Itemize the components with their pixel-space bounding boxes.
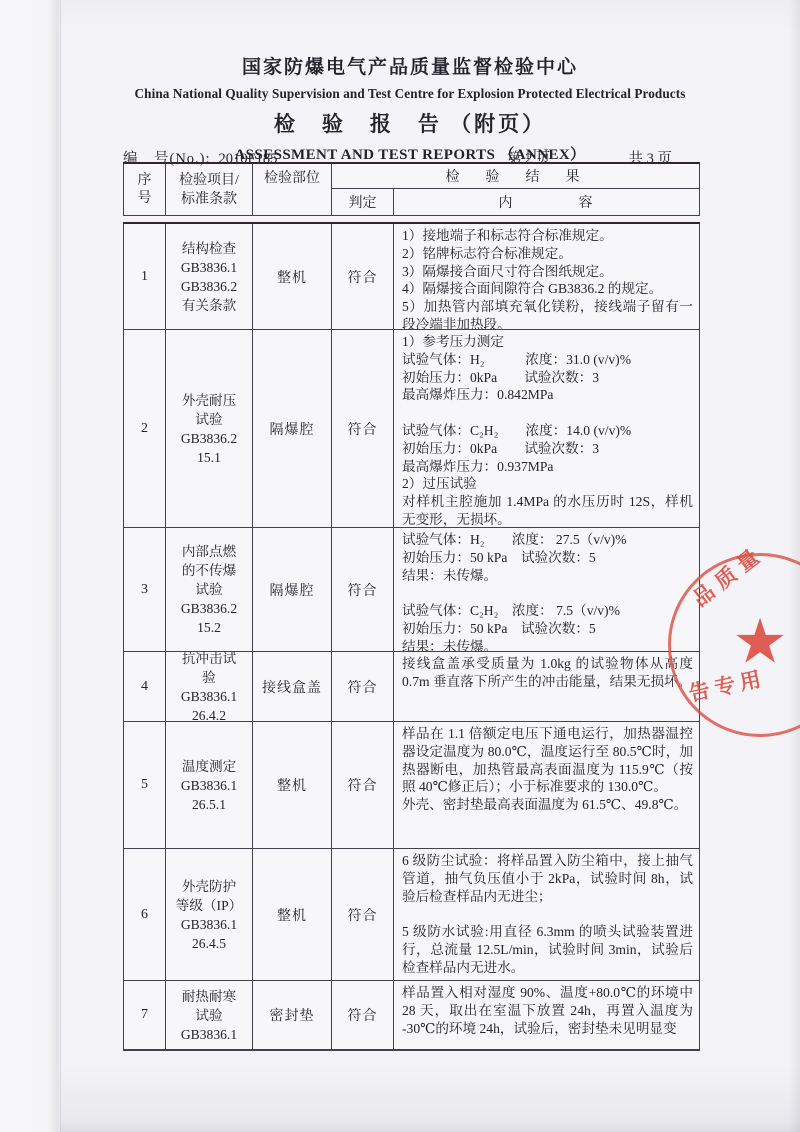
result-content-cell: 样品在 1.1 倍额定电压下通电运行，加热器温控器设定温度为 80.0℃，温度运… — [394, 722, 699, 848]
table-row: 1 结构检查 GB3836.1 GB3836.2 有关条款 整机 符合 1）接地… — [124, 224, 699, 330]
row-index-cell: 4 — [124, 652, 166, 721]
result-content-cell: 1）接地端子和标志符合标准规定。 2）铭牌标志符合标准规定。 3）隔爆接合面尺寸… — [394, 224, 699, 329]
row-index-cell: 5 — [124, 722, 166, 848]
table-row: 3 内部点燃 的不传爆 试验 GB3836.2 15.2 隔爆腔 符合 试验气体… — [124, 528, 699, 652]
verdict-cell: 符合 — [332, 224, 394, 329]
result-content-cell: 6 级防尘试验：将样品置入防尘箱中，接上抽气管道，抽气负压值小于 2kPa，试验… — [394, 849, 699, 980]
org-name-en: China National Quality Supervision and T… — [110, 86, 710, 102]
table-row: 2 外壳耐压 试验 GB3836.2 15.1 隔爆腔 符合 1）参考压力测定 … — [124, 330, 699, 528]
column-header-content: 内 容 — [394, 189, 699, 215]
test-item-cell: 外壳防护 等级（IP） GB3836.1 26.4.5 — [166, 849, 253, 980]
row-index-cell: 7 — [124, 981, 166, 1049]
column-header-item: 检验项目/ 标准条款 — [166, 164, 253, 215]
row-index-cell: 1 — [124, 224, 166, 329]
test-item-cell: 抗冲击试 验 GB3836.1 26.4.2 — [166, 652, 253, 721]
stamp-arc-text-bottom: 告专用 — [686, 662, 769, 708]
test-part-cell: 整机 — [253, 849, 332, 980]
results-table-header: 序 号 检验项目/ 标准条款 检验部位 检 验 结 果 判定 内 容 — [123, 162, 700, 216]
org-name-cn: 国家防爆电气产品质量监督检验中心 — [110, 52, 710, 79]
column-header-part: 检验部位 — [253, 164, 332, 215]
result-content-cell: 样品置入相对湿度 90%、温度+80.0℃的环境中 28 天，取出在室温下放置 … — [394, 981, 699, 1049]
report-title-cn: 检 验 报 告 （附页） — [110, 108, 710, 138]
table-row: 6 外壳防护 等级（IP） GB3836.1 26.4.5 整机 符合 6 级防… — [124, 849, 699, 981]
test-item-cell: 耐热耐寒 试验 GB3836.1 — [166, 981, 253, 1049]
test-part-cell: 隔爆腔 — [253, 330, 332, 527]
verdict-cell: 符合 — [332, 849, 394, 980]
result-content-cell: 1）参考压力测定 试验气体：H₂ 浓度：31.0 (v/v)% 初始压力：0kP… — [394, 330, 699, 527]
verdict-cell: 符合 — [332, 330, 394, 527]
verdict-cell: 符合 — [332, 981, 394, 1049]
result-content-cell: 试验气体：H₂ 浓度： 27.5（v/v)% 初始压力：50 kPa 试验次数：… — [394, 528, 699, 651]
column-header-index: 序 号 — [124, 164, 166, 215]
column-header-verdict: 判定 — [332, 189, 394, 215]
result-content-cell: 接线盒盖承受质量为 1.0kg 的试验物体从高度 0.7m 垂直落下所产生的冲击… — [394, 652, 699, 721]
table-row: 4 抗冲击试 验 GB3836.1 26.4.2 接线盒盖 符合 接线盒盖承受质… — [124, 652, 699, 722]
scanned-report-page: 国家防爆电气产品质量监督检验中心 China National Quality … — [0, 0, 800, 1132]
verdict-cell: 符合 — [332, 528, 394, 651]
paper-crease-line — [60, 0, 62, 1132]
test-part-cell: 隔爆腔 — [253, 528, 332, 651]
paper-fold-strip — [0, 0, 60, 1132]
row-index-cell: 6 — [124, 849, 166, 980]
test-part-cell: 接线盒盖 — [253, 652, 332, 721]
verdict-cell: 符合 — [332, 722, 394, 848]
test-item-cell: 结构检查 GB3836.1 GB3836.2 有关条款 — [166, 224, 253, 329]
test-item-cell: 外壳耐压 试验 GB3836.2 15.1 — [166, 330, 253, 527]
test-part-cell: 整机 — [253, 224, 332, 329]
verdict-cell: 符合 — [332, 652, 394, 721]
table-row: 7 耐热耐寒 试验 GB3836.1 密封垫 符合 样品置入相对湿度 90%、温… — [124, 981, 699, 1050]
test-item-cell: 内部点燃 的不传爆 试验 GB3836.2 15.2 — [166, 528, 253, 651]
results-table-body: 1 结构检查 GB3836.1 GB3836.2 有关条款 整机 符合 1）接地… — [123, 222, 700, 1051]
column-header-result: 检 验 结 果 — [332, 164, 699, 189]
test-part-cell: 整机 — [253, 722, 332, 848]
row-index-cell: 2 — [124, 330, 166, 527]
table-row: 5 温度测定 GB3836.1 26.5.1 整机 符合 样品在 1.1 倍额定… — [124, 722, 699, 849]
test-item-cell: 温度测定 GB3836.1 26.5.1 — [166, 722, 253, 848]
row-index-cell: 3 — [124, 528, 166, 651]
test-part-cell: 密封垫 — [253, 981, 332, 1049]
